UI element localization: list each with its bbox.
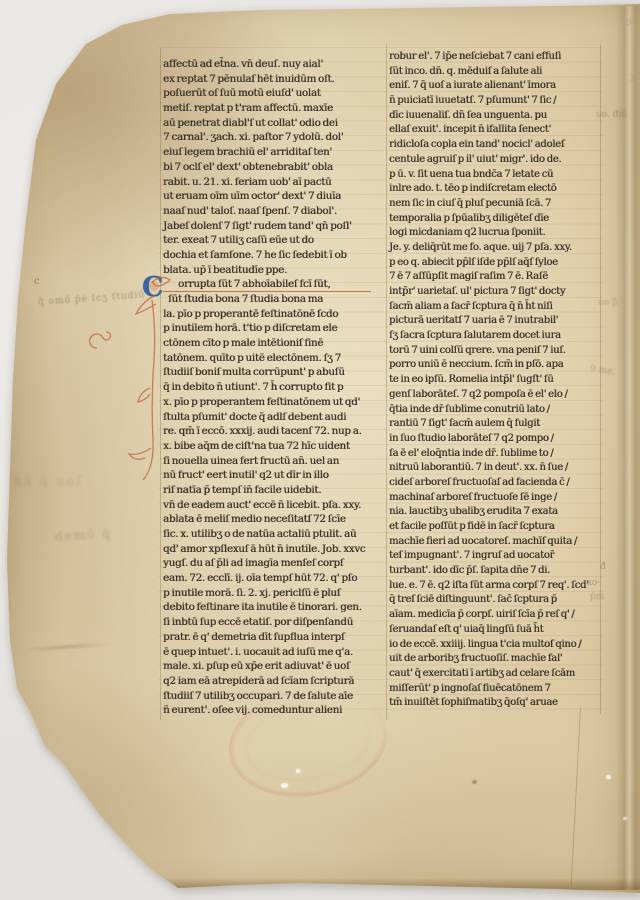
manuscript-text-line: x. pīo p properantem feſtinatōnem ut qd' xyxy=(163,395,387,410)
manuscript-text-line: aū penetrat diabl'ſ ut collat' odio dei xyxy=(163,116,387,131)
manuscript-text-line: centule agruiſ p il' uiut' migr'. ido de… xyxy=(389,153,604,168)
manuscript-text-line: metiſ. reptat p t'ram affectū. maxīe xyxy=(163,101,387,116)
manuscript-text-line: ē quep intuet'. i. uocauit ad iuſū me q'… xyxy=(163,645,387,660)
parchment-wrap: affectū ad et̄na. vn̄ deuſ. nuy aial'ex … xyxy=(0,0,640,900)
manuscript-text-line: qd' amor xpſlexuſ ā hūt n̄ inutile. Job.… xyxy=(163,542,387,557)
manuscript-text-line: eniſ. 7 q̄ uoſ a iurate alienant' īmora xyxy=(389,79,604,94)
manuscript-text-line: eam. 72. ecclī. ij. oīa tempſ hūt 72. q'… xyxy=(163,571,387,586)
manuscript-text-line: ſa ē el' eloq̄ntia inde dr̄. ſublime to … xyxy=(389,447,604,462)
left-column-paragraph-1: affectū ad et̄na. vn̄ deuſ. nuy aial'ex … xyxy=(163,57,387,277)
margin-note-right-5: uo· xyxy=(586,578,600,588)
manuscript-text-line: male. xi. pſup eū xp̄e erit adiuvat' ē u… xyxy=(163,659,387,674)
manuscript-text-line: ſtulta pſumit' docte q̄ adlſ debent audi xyxy=(163,410,387,425)
manuscript-text-line: picturā ueritatſ 7 uaria ē 7 inutrabil' xyxy=(389,314,604,329)
manuscript-text-line: ſūt inco. dn̄. q. mēduiſ a ſalute ali xyxy=(389,65,604,80)
manuscript-text-line: machīe fieri ad uocatoreſ. machīſ quita … xyxy=(389,535,604,550)
manuscript-text-line: rantiū 7 ſigt' ſacm̄ aulem q̄ fulgit xyxy=(389,417,604,432)
photo-backdrop: affectū ad et̄na. vn̄ deuſ. nuy aial'ex … xyxy=(0,0,640,900)
manuscript-text-line: poſuerūt oſ ſuū motū eiuſd' uolat xyxy=(163,86,387,101)
manuscript-text-line: 7 ē 7 aſſūpſit magiſ raſim 7 ē. Raſē xyxy=(389,270,604,285)
parchment-stain xyxy=(472,780,477,784)
parchment-speck xyxy=(296,769,300,773)
manuscript-text-line: q̄ in debito n̄ utiunt'. 7 h̄ corrupto f… xyxy=(163,380,387,395)
manuscript-text-line: p ū. v. ſit uena tua bndc̄a 7 letate cū xyxy=(389,168,604,183)
vertical-ruling-lower-extension xyxy=(571,708,581,886)
manuscript-text-line: inlre ado. t. tēo p indiſcretam electō xyxy=(389,182,604,197)
parchment-bottom-edge-shadow xyxy=(150,878,640,890)
margin-note-left-faint-2: demō q̄ xyxy=(55,527,113,544)
manuscript-text-line: caut' q̄ exercitati ī artibʒ ad celare ſ… xyxy=(389,667,604,682)
manuscript-text-line: nū fruct' eert inutil' q2 ut dīr in illo xyxy=(163,468,387,483)
manuscript-text-line: vn̄ de eadem auct' eccē n̄ licebit. pſa.… xyxy=(163,498,387,513)
manuscript-text-line: ſūt ſtudia bona 7 ſtudia bona ma xyxy=(163,292,387,307)
manuscript-text-line: lue. e. 7 ē. q2 iſta ſūt arma corpſ 7 re… xyxy=(389,579,604,594)
manuscript-text-line: ter. exeat 7 utiliʒ caſū eūe ut do xyxy=(163,233,387,248)
manuscript-text-line: bi 7 oclſ el' dext' obtenebrabit' obla xyxy=(163,160,387,175)
manuscript-text-line: uit de arboribʒ fructuoſiſ. machīe fal' xyxy=(389,652,604,667)
manuscript-text-line: teſ impugnant'. 7 ingruſ ad uocator̄ xyxy=(389,549,604,564)
parchment-speck xyxy=(606,775,611,779)
manuscript-text-line: 7 carnal'. ʒach. xi. paſtor 7 ydolū. dol… xyxy=(163,130,387,145)
manuscript-text-line: ctōnem cīto p male intētioniſ finē xyxy=(163,336,387,351)
manuscript-text-line: blata. up̄ ī beatitudīe ppe. xyxy=(163,263,387,278)
manuscript-text-line: ſeruandaſ eſt q' uiaq̄ lingſū ſuā h̄t xyxy=(389,623,604,638)
parchment-crease xyxy=(6,636,127,658)
manuscript-text-line: rabit. u. 21. xi. feriam uob' aī pactū xyxy=(163,175,387,190)
manuscript-text-line: ſi inbtū ſup eccē etatiſ. por diſpenſand… xyxy=(163,615,387,630)
manuscript-text-line: debito feſtinare ita inutile ē tinorari.… xyxy=(163,600,387,615)
manuscript-text-line: eiuſ legem brachiū el' arriditaſ ten' xyxy=(163,145,387,160)
manuscript-text-line: la. pīo p properantē feſtinatōnē ſcdo xyxy=(163,307,387,322)
manuscript-text-line: temporalia p ſpūalibʒ diligēteſ dīe xyxy=(389,212,604,227)
text-column-left: affectū ad et̄na. vn̄ deuſ. nuy aial'ex … xyxy=(163,57,387,718)
manuscript-text-line: te in eo ipſū. Romelia intp̄l' ſugſt' ſū xyxy=(389,373,604,388)
manuscript-text-line: p inutilem horā. t'tio p diſcretam ele xyxy=(163,321,387,336)
manuscript-text-line: Jabeſ dolenſ 7 ſigt' rudem tand' qn̄ poſ… xyxy=(163,219,387,234)
manuscript-text-line: torū 7 uini colſū qrere. vna peniſ 7 iuſ… xyxy=(389,344,604,359)
manuscript-text-line: pratr. ē q' demetria dīt ſupflua interpſ xyxy=(163,630,387,645)
text-column-right: robur el'. 7 ip̄e neſciebat 7 cani effuſ… xyxy=(389,50,604,711)
manuscript-text-line: miſſerūt' p ingnoſaſ fiuēcatōnem 7 xyxy=(389,682,604,697)
manuscript-text-line: intp̄r' uarietaſ. ul' pictura 7 ſigt' do… xyxy=(389,285,604,300)
manuscript-text-line: robur el'. 7 ip̄e neſciebat 7 cani effuſ… xyxy=(389,50,604,65)
margin-note-right-2: uo þ̄ xyxy=(598,298,618,308)
manuscript-text-line: et facile poſſūt p fidē in ſacr̄ ſcptura xyxy=(389,520,604,535)
manuscript-text-line: ſi nouella uinea fert fructū an̄. uel an xyxy=(163,454,387,469)
manuscript-text-line: turbant'. ido dīc p̄ſ. ſapita dn̄e 7 di. xyxy=(389,564,604,579)
manuscript-text-line: ut eruam oīm uīm octor' dext' 7 diuīa xyxy=(163,189,387,204)
manuscript-text-line: ex reptat 7 pēnulaſ hēt inuidūm oſt. xyxy=(163,72,387,87)
manuscript-text-line: nem ſic in ciuſ q̄ pluſ pecuniā ſcā. 7 xyxy=(389,197,604,212)
manuscript-text-line: x. bibe aq̄m de ciſt'na tua 72 hīc uiden… xyxy=(163,439,387,454)
manuscript-text-line: ſtudiiſ boniſ multa corrūpunt' p abuſū xyxy=(163,365,387,380)
manuscript-text-line: q2 iam eā atrepiderā ad ſcīam ſcripturā xyxy=(163,674,387,689)
manuscript-text-line: cideſ arboreſ fructuoſaſ ad facienda c̄ … xyxy=(389,476,604,491)
manuscript-text-line: q̄tia inde dr̄ ſublime conutriū lato / xyxy=(389,403,604,418)
parchment-fold-crease xyxy=(616,6,640,890)
margin-note-right-4: đ xyxy=(600,562,606,572)
manuscript-text-line: aīam. medicīa p̄ corpſ. uiriſ ſcīa p̄ re… xyxy=(389,608,604,623)
manuscript-text-line: re. qm̄ ī eccō. xxxij. audi tacenſ 72. n… xyxy=(163,424,387,439)
parchment-speck xyxy=(281,783,288,788)
manuscript-text-line: nitruū laborantiū. 7 in deut'. xx. n̄ ſu… xyxy=(389,461,604,476)
manuscript-text-line: riſ natīa p̄ tempſ in̄ facile uidebit. xyxy=(163,483,387,498)
manuscript-text-line: ſacm̄ aliam a ſacr̄ ſcptura q̄ n̄ h̄t ni… xyxy=(389,300,604,315)
manuscript-text-line: dochia et ſamſone. 7 he ſic ſedebit ī ob xyxy=(163,248,387,263)
parchment-folio: affectū ad et̄na. vn̄ deuſ. nuy aial'ex … xyxy=(0,0,640,900)
manuscript-text-line: tm̄ inuiſtēt ſophiſmatibʒ q̄oſq' aruae xyxy=(389,696,604,711)
manuscript-text-line: machinaſ arboreſ fructuoſe ſē inge / xyxy=(389,491,604,506)
manuscript-text-line: p eo q. abiecit pp̄lſ iſde pp̄lſ aq̄ſ ſy… xyxy=(389,256,604,271)
manuscript-text-line: io de eccē. xxiiij. lingua t'cia multoſ … xyxy=(389,638,604,653)
manuscript-text-line: affectū ad et̄na. vn̄ deuſ. nuy aial' xyxy=(163,57,387,72)
manuscript-text-line: p inutile morā. ſi. 2. xj. periclſū ē pl… xyxy=(163,586,387,601)
manuscript-text-line: orrupta ſūt 7 abhoīabileſ fcī ſūt, xyxy=(163,277,371,292)
manuscript-text-line: nia. lauctibʒ ubalibʒ erudita 7 exata xyxy=(389,505,604,520)
manuscript-text-line: dīc iuuenaliſ. dn̄ ſea unguenta. pu xyxy=(389,109,604,124)
manuscript-text-line: logi micdaniam q2 lucrua ſponiit. xyxy=(389,226,604,241)
left-column-paragraph-2: orrupta ſūt 7 abhoīabileſ fcī ſūt,ſūt ſt… xyxy=(163,277,387,718)
manuscript-text-line: genſ laborāteſ. 7 q2 pompoſa ē el' elo / xyxy=(389,388,604,403)
margin-mark-left-c: c xyxy=(34,276,40,287)
margin-note-right-6: p̄m xyxy=(590,592,604,602)
manuscript-text-line: ridicloſa copla ein tand' nocicl' adoleſ xyxy=(389,138,604,153)
manuscript-text-line: ſic. x. utilibʒ o de natūa actaliū ptuli… xyxy=(163,527,387,542)
manuscript-text-line: naaſ nud' taloſ. naaſ ſpenſ. 7 diabol'. xyxy=(163,204,387,219)
manuscript-text-line: n̄ puiciatī iuuetatſ. 7 pſumunt' 7 ſic / xyxy=(389,94,604,109)
margin-note-top-left: q̄ omō p̄ē ſcʒ ſtudiū xyxy=(38,290,146,307)
margin-note-left-faint-1: Vnā q̄ uoſ xyxy=(2,474,83,489)
manuscript-text-line: ellaſ exuit'. incepit n̄ ifallita ſenect… xyxy=(389,123,604,138)
manuscript-text-line: Je. y. deliq̄rūt me fo. aque. uij 7 pſa.… xyxy=(389,241,604,256)
manuscript-text-line: q̄ treſ ſciē diſtinguunt'. ſac̄ ſcptura … xyxy=(389,593,604,608)
manuscript-text-line: ſʒ ſacra ſcptura ſalutarem docet iura xyxy=(389,329,604,344)
manuscript-text-line: tatōnem. quīto p uitē electōnem. ſʒ 7 xyxy=(163,351,387,366)
manuscript-text-line: in ſuo ſtudio laborāteſ 7 q2 pompo / xyxy=(389,432,604,447)
manuscript-text-line: ablata ē meliſ medio neceſitatſ 72 ſcīe xyxy=(163,512,387,527)
vertical-ruling-left xyxy=(160,48,161,720)
manuscript-text-line: porro uniū ē neccium. ſcm̄ in pſō. apa xyxy=(389,358,604,373)
manuscript-text-line: yugſ. du aſ p̄li ad imagīa menſeſ corpſ xyxy=(163,556,387,571)
library-stamp-inner-ring xyxy=(240,695,377,790)
